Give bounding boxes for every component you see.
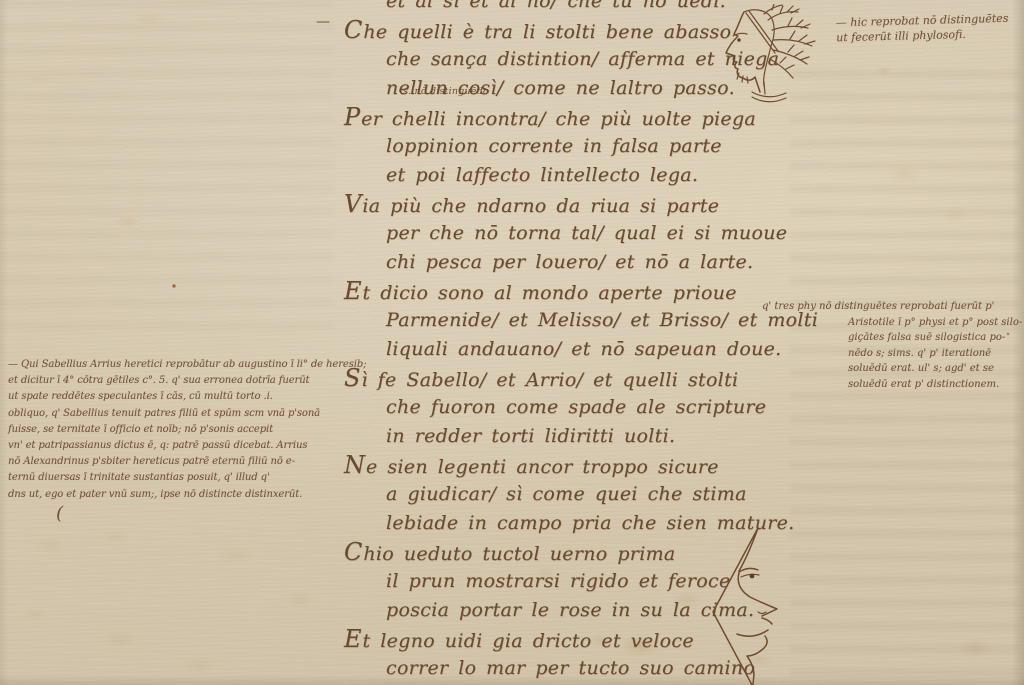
verse-line: Parmenide/ et Melisso/ et Brisso/ et mol…: [344, 306, 818, 335]
gloss-line: ternū diuersas ī trinitate sustantias po…: [8, 470, 356, 486]
gloss-line: vn' et patripassianus dictus ē, q: patrē…: [8, 438, 356, 454]
annotation-line: nēdo s; sims. q' p' iterationē: [848, 346, 1022, 362]
verse-line: in redder torti lidiritti uolti.: [344, 422, 818, 451]
verse-line: a giudicar/ sì come quei che stima: [344, 480, 818, 509]
margin-tie-mark: —: [316, 14, 330, 30]
bottom-profile-face-drawing: [690, 512, 794, 685]
gloss-line: fuisse, se ternitate ī officio et noīb; …: [8, 422, 356, 438]
verso-bleed-through-left: [0, 0, 335, 345]
gloss-line: — Qui Sabellius Arrius heretici reprobāt…: [8, 357, 356, 373]
annotation-line: q' tres phy nō distinguētes reprobati fu…: [762, 299, 1022, 315]
left-margin-gloss: — Qui Sabellius Arrius heretici reprobāt…: [8, 357, 356, 503]
paren-mark: (: [56, 503, 63, 524]
interlinear-gloss: s. nō distinguēdo: [403, 86, 489, 97]
top-profile-face-drawing: [706, 4, 824, 110]
verse-line: et poi laffecto lintellecto lega.: [344, 161, 818, 190]
annotation-line: giçātes falsa suē silogistica po-: [848, 330, 1022, 346]
verse-line: Sì fe Sabello/ et Arrio/ et quelli stolt…: [344, 364, 818, 393]
manuscript-page: — et al sì et al no/ che tu no uedi. Che…: [0, 0, 1024, 685]
verse-line: Via più che ndarno da riua si parte: [344, 190, 818, 219]
annotation-line: soluēdū erat. ul' s; agd' et se: [848, 361, 1022, 377]
annotation-line: Aristotile ī p° physi et p° post silo-: [848, 315, 1022, 331]
gloss-line: dns ut, ego et pater vnū sum;, ipse nō d…: [8, 487, 356, 503]
verse-line: loppinion corrente in falsa parte: [344, 132, 818, 161]
verse-line: per che nō torna tal/ qual ei si muoue: [344, 219, 818, 248]
gloss-line: nō Alexandrinus p'sbiter hereticus patrē…: [8, 454, 356, 470]
verse-line: chi pesca per louero/ et nō a larte.: [344, 248, 818, 277]
right-middle-annotation: q' tres phy nō distinguētes reprobati fu…: [848, 299, 1022, 392]
top-right-annotation: — hic reprobat nō distinguētes ut fecerū…: [836, 12, 1009, 46]
verse-line: Et dicio sono al mondo aperte prioue: [344, 277, 818, 306]
gloss-line: ut spate reddētes speculantes ī cās, cū …: [8, 389, 356, 405]
verse-line: che fuoron come spade ale scripture: [344, 393, 818, 422]
verse-line: Ne sien legenti ancor troppo sicure: [344, 451, 818, 480]
annotation-line: soluēdū erat p' distinctionem.: [848, 377, 1022, 393]
gloss-line: obliquo, q' Sabellius tenuit patres fili…: [8, 406, 356, 422]
gloss-line: et dicitur ī 4° cōtra gētiles c°. 5. q' …: [8, 373, 356, 389]
verse-line: liquali andauano/ et nō sapeuan doue.: [344, 335, 818, 364]
